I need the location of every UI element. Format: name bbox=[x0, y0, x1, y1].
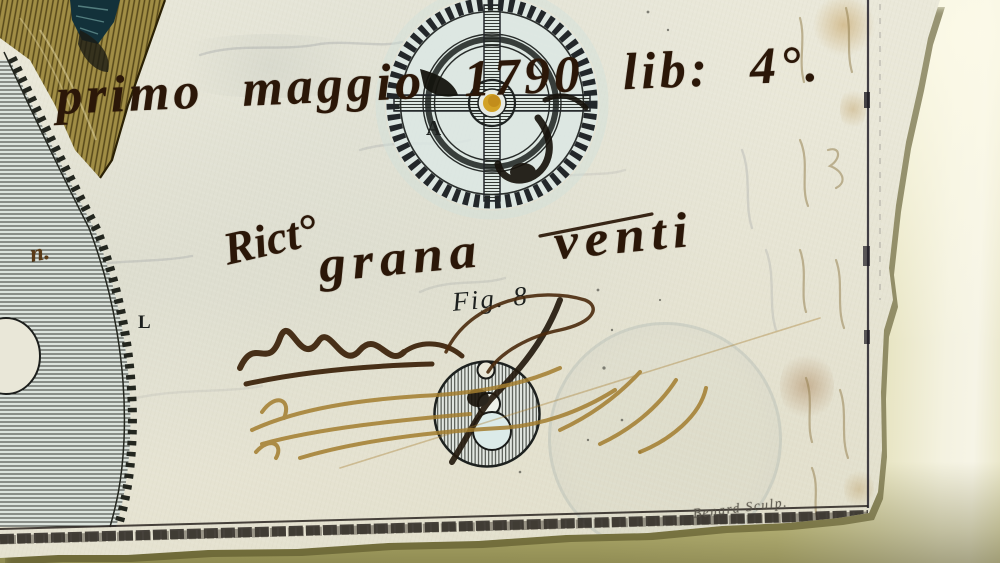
paper-sheet: primo maggio 1790 lib: 4°. Rict° grana v… bbox=[0, 0, 1000, 563]
ink-scribbles bbox=[0, 0, 1000, 563]
tan-scrawl bbox=[252, 318, 820, 468]
signature-scrawl bbox=[240, 96, 652, 462]
photo-antique-engraving: primo maggio 1790 lib: 4°. Rict° grana v… bbox=[0, 0, 1000, 563]
fig8-loop-flourish bbox=[446, 295, 593, 372]
